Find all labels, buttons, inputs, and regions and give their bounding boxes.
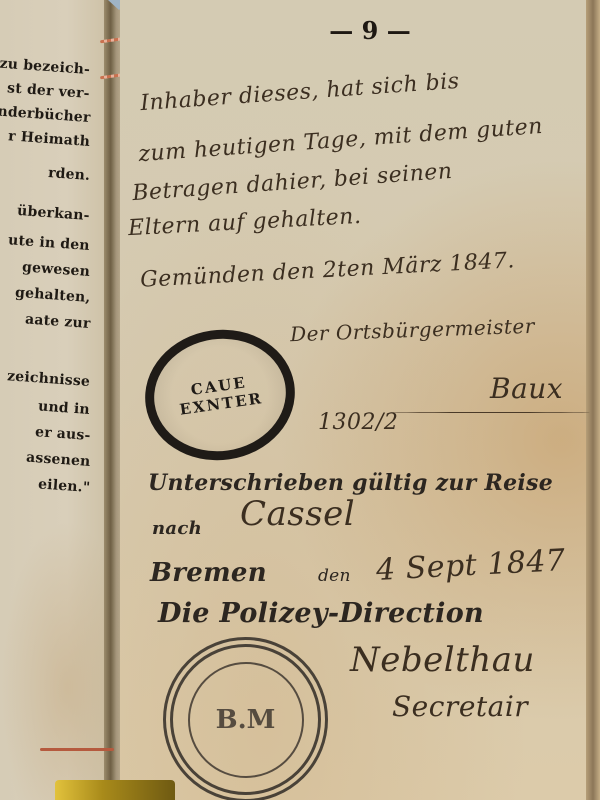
official-signature: Nebelthau [350, 640, 535, 680]
stamp-letters: B.M [216, 705, 276, 735]
handwritten-destination: Cassel [240, 494, 355, 534]
stamp-center: B.M [188, 662, 304, 778]
printed-line: r Heimath [8, 128, 91, 150]
printed-line: überkan- [17, 203, 91, 224]
printed-line: gewesen [22, 259, 91, 280]
printed-line: anderbücher [0, 103, 91, 126]
printed-line: u zu bezeich- [0, 55, 91, 78]
gold-object [55, 780, 175, 800]
visa-line: Unterschrieben gültig zur Reise [148, 470, 553, 496]
signature-flourish [390, 412, 590, 413]
reference-number: 1302/2 [318, 410, 398, 435]
signature: Baux [490, 372, 563, 405]
printed-line: und in [38, 398, 91, 418]
document-photo: u zu bezeich- st der ver- anderbücher r … [0, 0, 600, 800]
printed-line: aate zur [24, 311, 90, 332]
printed-line: zeichnisse [7, 368, 91, 390]
printed-line: assenen [25, 450, 90, 470]
visa-authority: Die Polizey-Direction [158, 598, 484, 629]
visa-nach: nach [152, 518, 202, 539]
visa-city: Bremen [150, 558, 267, 588]
binding-stitch [40, 748, 114, 751]
printed-line: eilen." [37, 476, 90, 496]
printed-line: ute in den [8, 232, 91, 254]
printed-line: st der ver- [7, 80, 91, 102]
printed-line: rden. [47, 165, 90, 184]
printed-line: gehalten, [14, 285, 90, 306]
left-page: u zu bezeich- st der ver- anderbücher r … [0, 0, 112, 800]
visa-den: den [318, 566, 351, 586]
paper-stain [0, 520, 112, 800]
page-number: — 9 — [270, 16, 470, 45]
page-edges [586, 0, 600, 800]
printed-line: er aus- [34, 424, 90, 444]
official-title: Secretair [392, 690, 528, 723]
police-stamp: B.M [163, 637, 328, 800]
